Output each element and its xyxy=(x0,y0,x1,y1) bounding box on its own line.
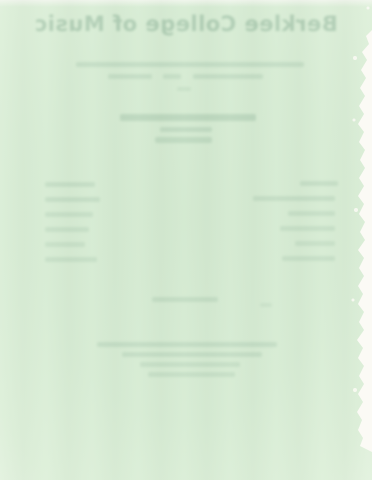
showthrough-layer: Berklee College of Music xyxy=(0,0,372,480)
illegible-showthrough-line xyxy=(76,62,304,67)
illegible-showthrough-line xyxy=(97,342,277,347)
illegible-showthrough-line xyxy=(148,372,235,377)
illegible-showthrough-line xyxy=(45,182,95,187)
illegible-showthrough-line xyxy=(45,197,100,202)
illegible-showthrough-line xyxy=(45,212,93,217)
illegible-showthrough-line xyxy=(155,137,212,143)
illegible-showthrough-line xyxy=(163,74,181,79)
illegible-showthrough-line xyxy=(295,241,335,246)
illegible-showthrough-line xyxy=(45,257,97,262)
showthrough-header-text: Berklee College of Music xyxy=(0,12,372,36)
illegible-showthrough-line xyxy=(108,74,152,79)
illegible-showthrough-line xyxy=(160,127,212,132)
illegible-showthrough-line xyxy=(45,242,85,247)
illegible-showthrough-line xyxy=(140,362,240,367)
illegible-showthrough-line xyxy=(288,211,335,216)
illegible-showthrough-line xyxy=(45,227,89,232)
illegible-showthrough-line xyxy=(122,352,262,357)
scanned-page: Berklee College of Music xyxy=(0,0,372,480)
illegible-showthrough-line xyxy=(260,303,272,307)
illegible-showthrough-line xyxy=(152,297,218,302)
illegible-showthrough-line xyxy=(193,74,263,79)
illegible-showthrough-line xyxy=(282,256,335,261)
torn-paper-edge xyxy=(350,0,372,480)
paper-sheet: Berklee College of Music xyxy=(0,0,372,480)
illegible-showthrough-line xyxy=(253,196,335,201)
illegible-showthrough-line xyxy=(177,87,191,91)
illegible-showthrough-line xyxy=(300,181,338,186)
illegible-showthrough-line xyxy=(120,114,256,121)
illegible-showthrough-line xyxy=(280,226,335,231)
